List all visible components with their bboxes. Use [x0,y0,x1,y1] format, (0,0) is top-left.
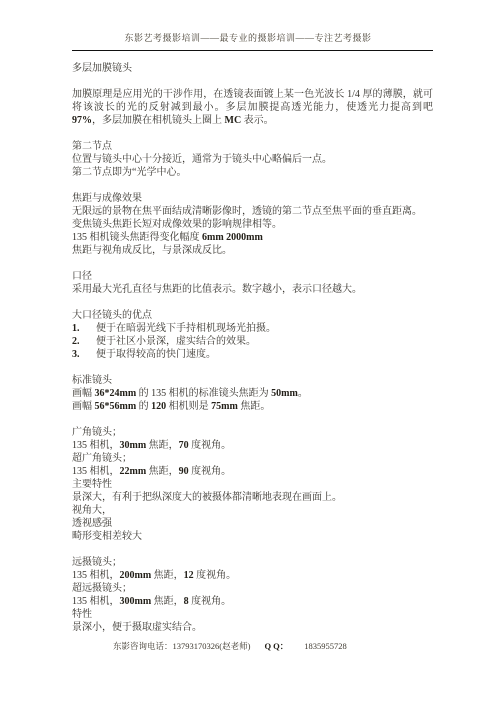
text-run: 广角镜头； [72,427,122,438]
text-run: 相机则是 [166,401,211,412]
text-run: 第二节点即为“光学中心。 [72,167,186,178]
text-run: ，多层加膜在相机镜头上圈上 [92,115,225,126]
header-rule [72,50,433,51]
text-run: 的 [136,401,151,412]
text-line: 广角镜头； [72,426,433,439]
text-run: 97% [72,115,92,126]
text-run: 度视角。 [189,440,232,451]
text-run: 。 [298,388,308,399]
text-line: 主要特性 [72,478,433,491]
paragraph-block: 口径采用最大光孔直径与焦距的比值表示。数字越小，表示口径越大。 [72,270,433,296]
text-line: 位置与镜头中心十分接近，通常为于镜头中心略偏后一点。 [72,153,433,166]
page-footer: 东影咨询电话：13793170326(赵老师)Q Q：1835955728 [113,640,347,652]
text-run: 加膜原理是应用光的干涉作用，在透镜表面镀上某一色光波长 1/4 厚的薄膜，就可将… [72,89,433,113]
text-line: 画幅 36*24mm 的 135 相机的标准镜头焦距为 50mm。 [72,387,433,400]
text-line: 135 相机，300mm 焦距，8 度视角。 [72,595,433,608]
list-number: 2. [72,335,96,348]
text-run: 标准镜头 [72,375,112,386]
text-run: 200mm [120,570,152,581]
text-run: 135 相机， [72,440,120,451]
paragraph-block: 加膜原理是应用光的干涉作用，在透镜表面镀上某一色光波长 1/4 厚的薄膜，就可将… [72,88,433,127]
text-line: 视角大， [72,504,433,517]
text-line: 透视感强 [72,517,433,530]
text-line: 135 相机，200mm 焦距，12 度视角。 [72,569,433,582]
list-item: 1.便于在暗弱光线下手持相机现场光拍摄。 [72,322,433,335]
text-run: 12 [184,570,194,581]
text-run: 透视感强 [72,518,112,529]
text-line: 畸形变相差较大 [72,530,433,543]
text-line: 大口径镜头的优点 [72,309,433,322]
document-body: 多层加膜镜头加膜原理是应用光的干涉作用，在透镜表面镀上某一色光波长 1/4 厚的… [72,62,433,634]
text-run: 56*56mm [95,401,137,412]
text-run: 30mm [120,440,147,451]
text-run: 无限远的景物在焦平面结成清晰影像时，透镜的第二节点至焦平面的垂直距离。 [72,206,422,217]
text-run: 变焦镜头焦距长短对成像效果的影响规律相等。 [72,219,282,230]
text-run: 焦距与视角成反比，与景深成反比。 [72,245,232,256]
text-run: 度视角。 [194,570,237,581]
text-line: 多层加膜镜头 [72,62,433,75]
header-title: 东影艺考摄影培训——最专业的摄影培训——专注艺考摄影 [124,33,371,43]
text-run: 远摄镜头； [72,557,122,568]
text-run: 度视角。 [189,466,232,477]
text-line: 特性 [72,608,433,621]
footer-qq-label: Q Q： [264,641,288,651]
text-run: 300mm [120,596,152,607]
paragraph-block: 大口径镜头的优点1.便于在暗弱光线下手持相机现场光拍摄。2.便于社区小景深，虚实… [72,309,433,361]
text-run: MC [225,115,242,126]
text-run: 75mm [211,401,238,412]
text-line: 135 相机，22mm 焦距，90 度视角。 [72,465,433,478]
text-run: 视角大， [72,505,112,516]
text-run: 焦距， [146,440,179,451]
text-run: 22mm [120,466,147,477]
text-run: 焦距， [151,596,184,607]
text-run: 超远摄镜头； [72,583,132,594]
text-run: 135 相机镜头焦距得变化幅度 [72,232,202,243]
text-run: 第二节点 [72,141,112,152]
text-run: 焦距， [146,466,179,477]
text-run: 表示。 [241,115,274,126]
text-run: 便于在暗弱光线下手持相机现场光拍摄。 [96,323,276,334]
paragraph-block: 广角镜头；135 相机，30mm 焦距，70 度视角。超广角镜头；135 相机，… [72,426,433,543]
text-run: 6mm 2000mm [202,232,263,243]
text-run: 主要特性 [72,479,112,490]
text-line: 焦距与视角成反比，与景深成反比。 [72,244,433,257]
text-run: 135 相机， [72,570,120,581]
text-run: 便于社区小景深，虚实结合的效果。 [96,336,256,347]
text-run: 90 [179,466,189,477]
paragraph-block: 远摄镜头；135 相机，200mm 焦距，12 度视角。超远摄镜头；135 相机… [72,556,433,634]
footer-phone-label: 东影咨询电话： [113,641,173,651]
text-run: 120 [151,401,166,412]
text-line: 口径 [72,270,433,283]
page-header: 东影艺考摄影培训——最专业的摄影培训——专注艺考摄影 [0,0,496,44]
text-run: 超广角镜头； [72,453,132,464]
text-line: 135 相机，30mm 焦距，70 度视角。 [72,439,433,452]
text-run: 畸形变相差较大 [72,531,142,542]
text-run: 大口径镜头的优点 [72,310,152,321]
list-item: 3.便于取得较高的快门速度。 [72,348,433,361]
text-line: 加膜原理是应用光的干涉作用，在透镜表面镀上某一色光波长 1/4 厚的薄膜，就可将… [72,88,433,127]
footer-phone-number: 13793170326(赵老师) [173,641,251,651]
text-run: 景深小，便于摄取虚实结合。 [72,622,202,633]
text-line: 变焦镜头焦距长短对成像效果的影响规律相等。 [72,218,433,231]
text-line: 无限远的景物在焦平面结成清晰影像时，透镜的第二节点至焦平面的垂直距离。 [72,205,433,218]
text-run: 焦距， [151,570,184,581]
text-line: 景深大，有利于把纵深度大的被摄体都清晰地表现在画面上。 [72,491,433,504]
text-line: 超广角镜头； [72,452,433,465]
text-line: 第二节点 [72,140,433,153]
text-run: 采用最大光孔直径与焦距的比值表示。数字越小，表示口径越大。 [72,284,362,295]
text-run: 焦距与成像效果 [72,193,142,204]
text-line: 画幅 56*56mm 的 120 相机则是 75mm 焦距。 [72,400,433,413]
list-number: 1. [72,322,96,335]
text-line: 135 相机镜头焦距得变化幅度 6mm 2000mm [72,231,433,244]
text-run: 便于取得较高的快门速度。 [96,349,216,360]
text-line: 标准镜头 [72,374,433,387]
text-line: 焦距与成像效果 [72,192,433,205]
text-run: 70 [179,440,189,451]
text-line: 第二节点即为“光学中心。 [72,166,433,179]
paragraph-block: 标准镜头画幅 36*24mm 的 135 相机的标准镜头焦距为 50mm。画幅 … [72,374,433,413]
text-run: 50mm [271,388,298,399]
paragraph-block: 焦距与成像效果无限远的景物在焦平面结成清晰影像时，透镜的第二节点至焦平面的垂直距… [72,192,433,257]
text-run: 焦距。 [238,401,271,412]
text-line: 远摄镜头； [72,556,433,569]
paragraph-block: 第二节点位置与镜头中心十分接近，通常为于镜头中心略偏后一点。第二节点即为“光学中… [72,140,433,179]
text-run: 画幅 [72,388,95,399]
text-run: 度视角。 [189,596,232,607]
text-run: 特性 [72,609,92,620]
text-run: 135 相机， [72,596,120,607]
list-item: 2.便于社区小景深，虚实结合的效果。 [72,335,433,348]
text-run: 36*24mm [95,388,137,399]
footer-qq-number: 1835955728 [304,641,347,651]
list-number: 3. [72,348,96,361]
document-page: 东影艺考摄影培训——最专业的摄影培训——专注艺考摄影 多层加膜镜头加膜原理是应用… [0,0,496,702]
text-run: 多层加膜镜头 [72,63,132,74]
text-line: 采用最大光孔直径与焦距的比值表示。数字越小，表示口径越大。 [72,283,433,296]
text-run: 景深大，有利于把纵深度大的被摄体都清晰地表现在画面上。 [72,492,342,503]
text-run: 的 135 相机的标准镜头焦距为 [136,388,271,399]
text-run: 位置与镜头中心十分接近，通常为于镜头中心略偏后一点。 [72,154,332,165]
text-run: 口径 [72,271,92,282]
text-line: 超远摄镜头； [72,582,433,595]
text-run: 135 相机， [72,466,120,477]
text-line: 景深小，便于摄取虚实结合。 [72,621,433,634]
paragraph-block: 多层加膜镜头 [72,62,433,75]
text-run: 画幅 [72,401,95,412]
